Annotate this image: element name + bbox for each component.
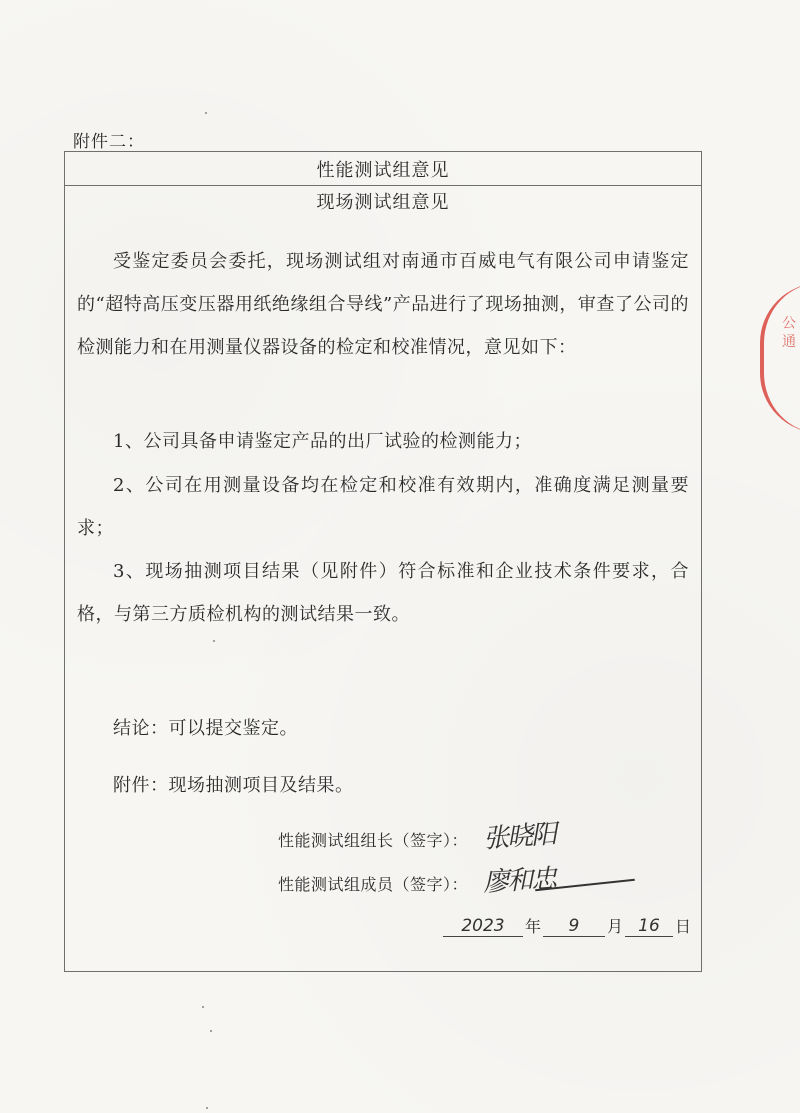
seal-partial-text: 公 通 <box>775 315 800 347</box>
red-seal-stamp <box>760 283 800 433</box>
leader-signature-label: 性能测试组组长（签字）： <box>278 828 468 851</box>
signing-date: 2023 年 9 月 16 日 <box>443 916 693 937</box>
finding-item-2: 2、公司在用测量设备均在检定和校准有效期内，准确度满足测量要求； <box>77 464 689 550</box>
form-subtitle: 现场测试组意见 <box>65 188 701 214</box>
attachment-label: 附件二： <box>73 127 145 152</box>
member-signature-label: 性能测试组成员（签字）： <box>278 872 468 895</box>
date-year-unit: 年 <box>525 917 541 937</box>
scan-speck <box>205 112 207 114</box>
main-paragraph: 受鉴定委员会委托，现场测试组对南通市百威电气有限公司申请鉴定的“超特高压变压器用… <box>77 240 689 369</box>
scan-speck <box>206 1107 208 1109</box>
date-day-unit: 日 <box>675 917 691 937</box>
form-title: 性能测试组意见 <box>65 152 701 186</box>
date-year: 2023 <box>443 916 523 937</box>
finding-item-3: 3、现场抽测项目结果（见附件）符合标准和企业技术条件要求，合格，与第三方质检机构… <box>77 550 689 636</box>
leader-handwritten-signature: 张晓阳 <box>482 814 556 856</box>
date-day: 16 <box>625 916 673 937</box>
conclusion-text: 结论：可以提交鉴定。 <box>113 707 689 750</box>
date-month-unit: 月 <box>607 917 623 937</box>
member-handwritten-signature: 廖和忠 <box>482 858 556 899</box>
date-month: 9 <box>543 916 605 937</box>
scan-speck <box>210 1030 212 1032</box>
attachment-note: 附件：现场抽测项目及结果。 <box>113 764 689 807</box>
finding-item-1: 1、公司具备申请鉴定产品的出厂试验的检测能力； <box>77 420 689 463</box>
opinion-form-table: 性能测试组意见 现场测试组意见 受鉴定委员会委托，现场测试组对南通市百威电气有限… <box>64 151 702 972</box>
scan-speck <box>202 1006 204 1008</box>
